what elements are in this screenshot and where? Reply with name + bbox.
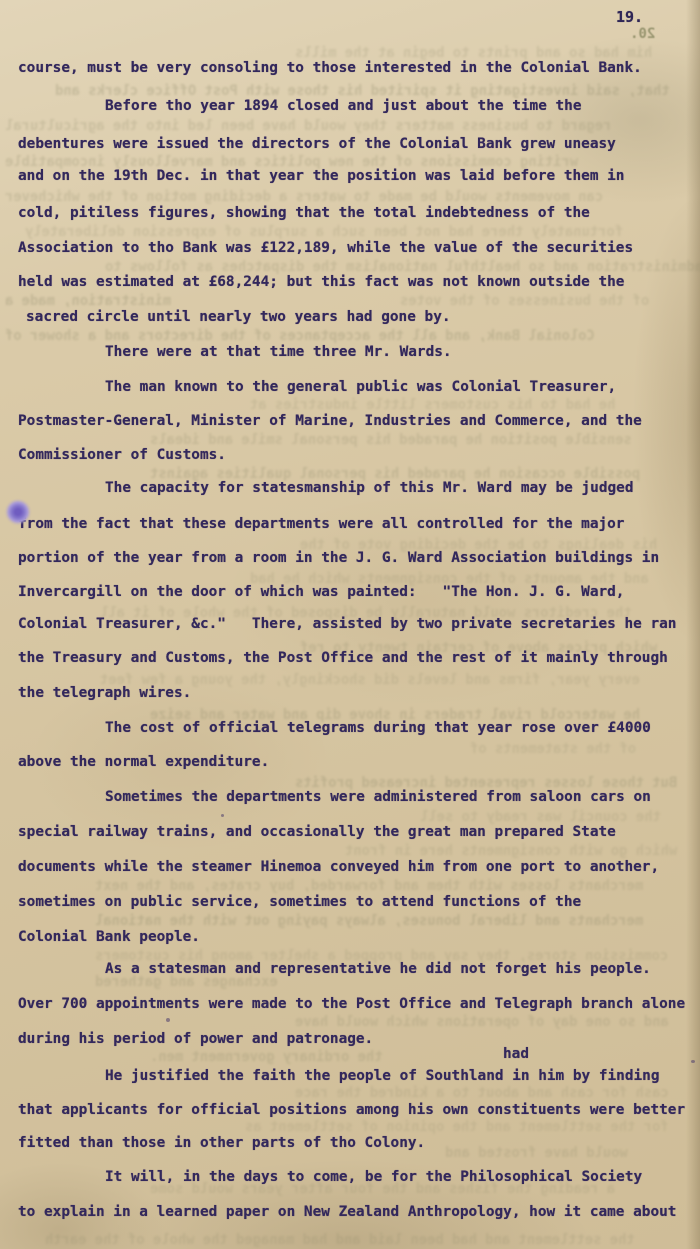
text-line: fitted than those in other parts of tho … [18, 1135, 425, 1152]
text-line: The capacity for statesmanship of this M… [105, 480, 634, 497]
text-line: Commissioner of Customs. [18, 447, 226, 464]
text-line: sacred circle until nearly two years had… [26, 309, 451, 326]
bleedthrough-line: would have frosted and [445, 1145, 628, 1161]
text-line: to explain in a learned paper on New Zea… [18, 1204, 676, 1221]
bleedthrough-line: he had to his customers little industrie… [250, 397, 615, 413]
text-line: Colonial Bank people. [18, 929, 200, 946]
ink-speck [221, 814, 224, 817]
text-line: portion of the year from a room in the J… [18, 550, 659, 567]
text-line: It will, in the days to come, be for the… [105, 1169, 642, 1186]
text-line: Colonial Treasurer, &c." There, assisted… [18, 616, 676, 633]
typescript-document-page: him had so and prints to begin at the mi… [0, 0, 700, 1249]
text-line: held was estimated at £68,244; but this … [18, 274, 624, 291]
text-line: The cost of official telegrams during th… [105, 720, 651, 737]
bleedthrough-line: the settlement and had been laid and had… [45, 1232, 635, 1248]
text-line: cold, pitiless figures, showing that the… [18, 205, 590, 222]
bleedthrough-line: sensible position he paraded his persona… [150, 432, 632, 448]
ink-speck [691, 1060, 695, 1063]
bleedthrough-line: for the settlement and the opinion of se… [245, 1119, 669, 1135]
text-line: Postmaster-General, Minister of Marine, … [18, 413, 642, 430]
bleedthrough-line: merchants and liberal bonuses, always pa… [95, 913, 643, 929]
bleedthrough-line: merchants losses with them and forwarded… [95, 878, 643, 894]
bleedthrough-page-number: 20. [630, 26, 655, 42]
text-line: that applicants for official positions a… [18, 1102, 685, 1119]
ink-blot [5, 499, 31, 525]
text-line: the telegraph wires. [18, 685, 191, 702]
text-line: debentures were issued the directors of … [18, 136, 616, 153]
text-line: Before tho year 1894 closed and just abo… [105, 98, 582, 115]
bleedthrough-line: fortunately there had not been such a su… [25, 224, 623, 240]
text-line: Over 700 appointments were made to the P… [18, 996, 685, 1013]
bleedthrough-line: cash for cash and about to a kindred the… [295, 1085, 669, 1101]
text-line: Association to tho Bank was £122,189, wh… [18, 240, 633, 257]
text-line: He justified the faith the people of Sou… [105, 1068, 660, 1085]
text-line: the Treasury and Customs, the Post Offic… [18, 650, 668, 667]
text-line: above the normal expenditure. [18, 754, 269, 771]
text-line: documents while the steamer Hinemoa conv… [18, 859, 659, 876]
bleedthrough-line: Colonial Bank, and all the acceptances o… [5, 328, 595, 344]
text-line: As a statesman and representative he did… [105, 961, 651, 978]
text-line: special railway trains, and occasionally… [18, 824, 616, 841]
interlinear-insertion: had [503, 1046, 529, 1063]
bleedthrough-line: can movements would be made to waters a … [5, 189, 603, 205]
text-line: Sometimes the departments were administe… [105, 789, 651, 806]
text-line: sometimes on public service, sometimes t… [18, 894, 581, 911]
bleedthrough-line: regard to business matters they would ha… [5, 118, 611, 134]
bleedthrough-line: and so one day of operations which would… [295, 1014, 669, 1030]
bleedthrough-line: which go with consignments here in front [345, 843, 677, 859]
text-line: The man known to the general public was … [105, 379, 616, 396]
page-number: 19. [616, 8, 643, 26]
bleedthrough-line: of the businesses of the votes [400, 293, 649, 309]
text-line: during his period of power and patronage… [18, 1031, 373, 1048]
text-line: There were at that time three Mr. Wards. [105, 344, 452, 361]
ink-speck [166, 1018, 170, 1022]
bleedthrough-line: of the statements of [470, 741, 636, 757]
text-line: Invercargill on the door of which was pa… [18, 584, 624, 601]
text-line: from the fact that these departments wer… [18, 516, 624, 533]
bleedthrough-line: ministration, made a [5, 293, 171, 309]
bleedthrough-line: that, said investigating it spirited his… [55, 83, 670, 99]
bleedthrough-line: him had so and prints to begin at the mi… [295, 45, 652, 61]
text-line: course, must be very consoling to those … [18, 60, 642, 77]
bleedthrough-line: the council was ready to sell [420, 809, 661, 825]
text-line: and on the 19th Dec. in that year the po… [18, 168, 624, 185]
bleedthrough-line: administration and so healthful national… [105, 259, 700, 275]
bleedthrough-line: the ordinary government men. [150, 1049, 383, 1065]
